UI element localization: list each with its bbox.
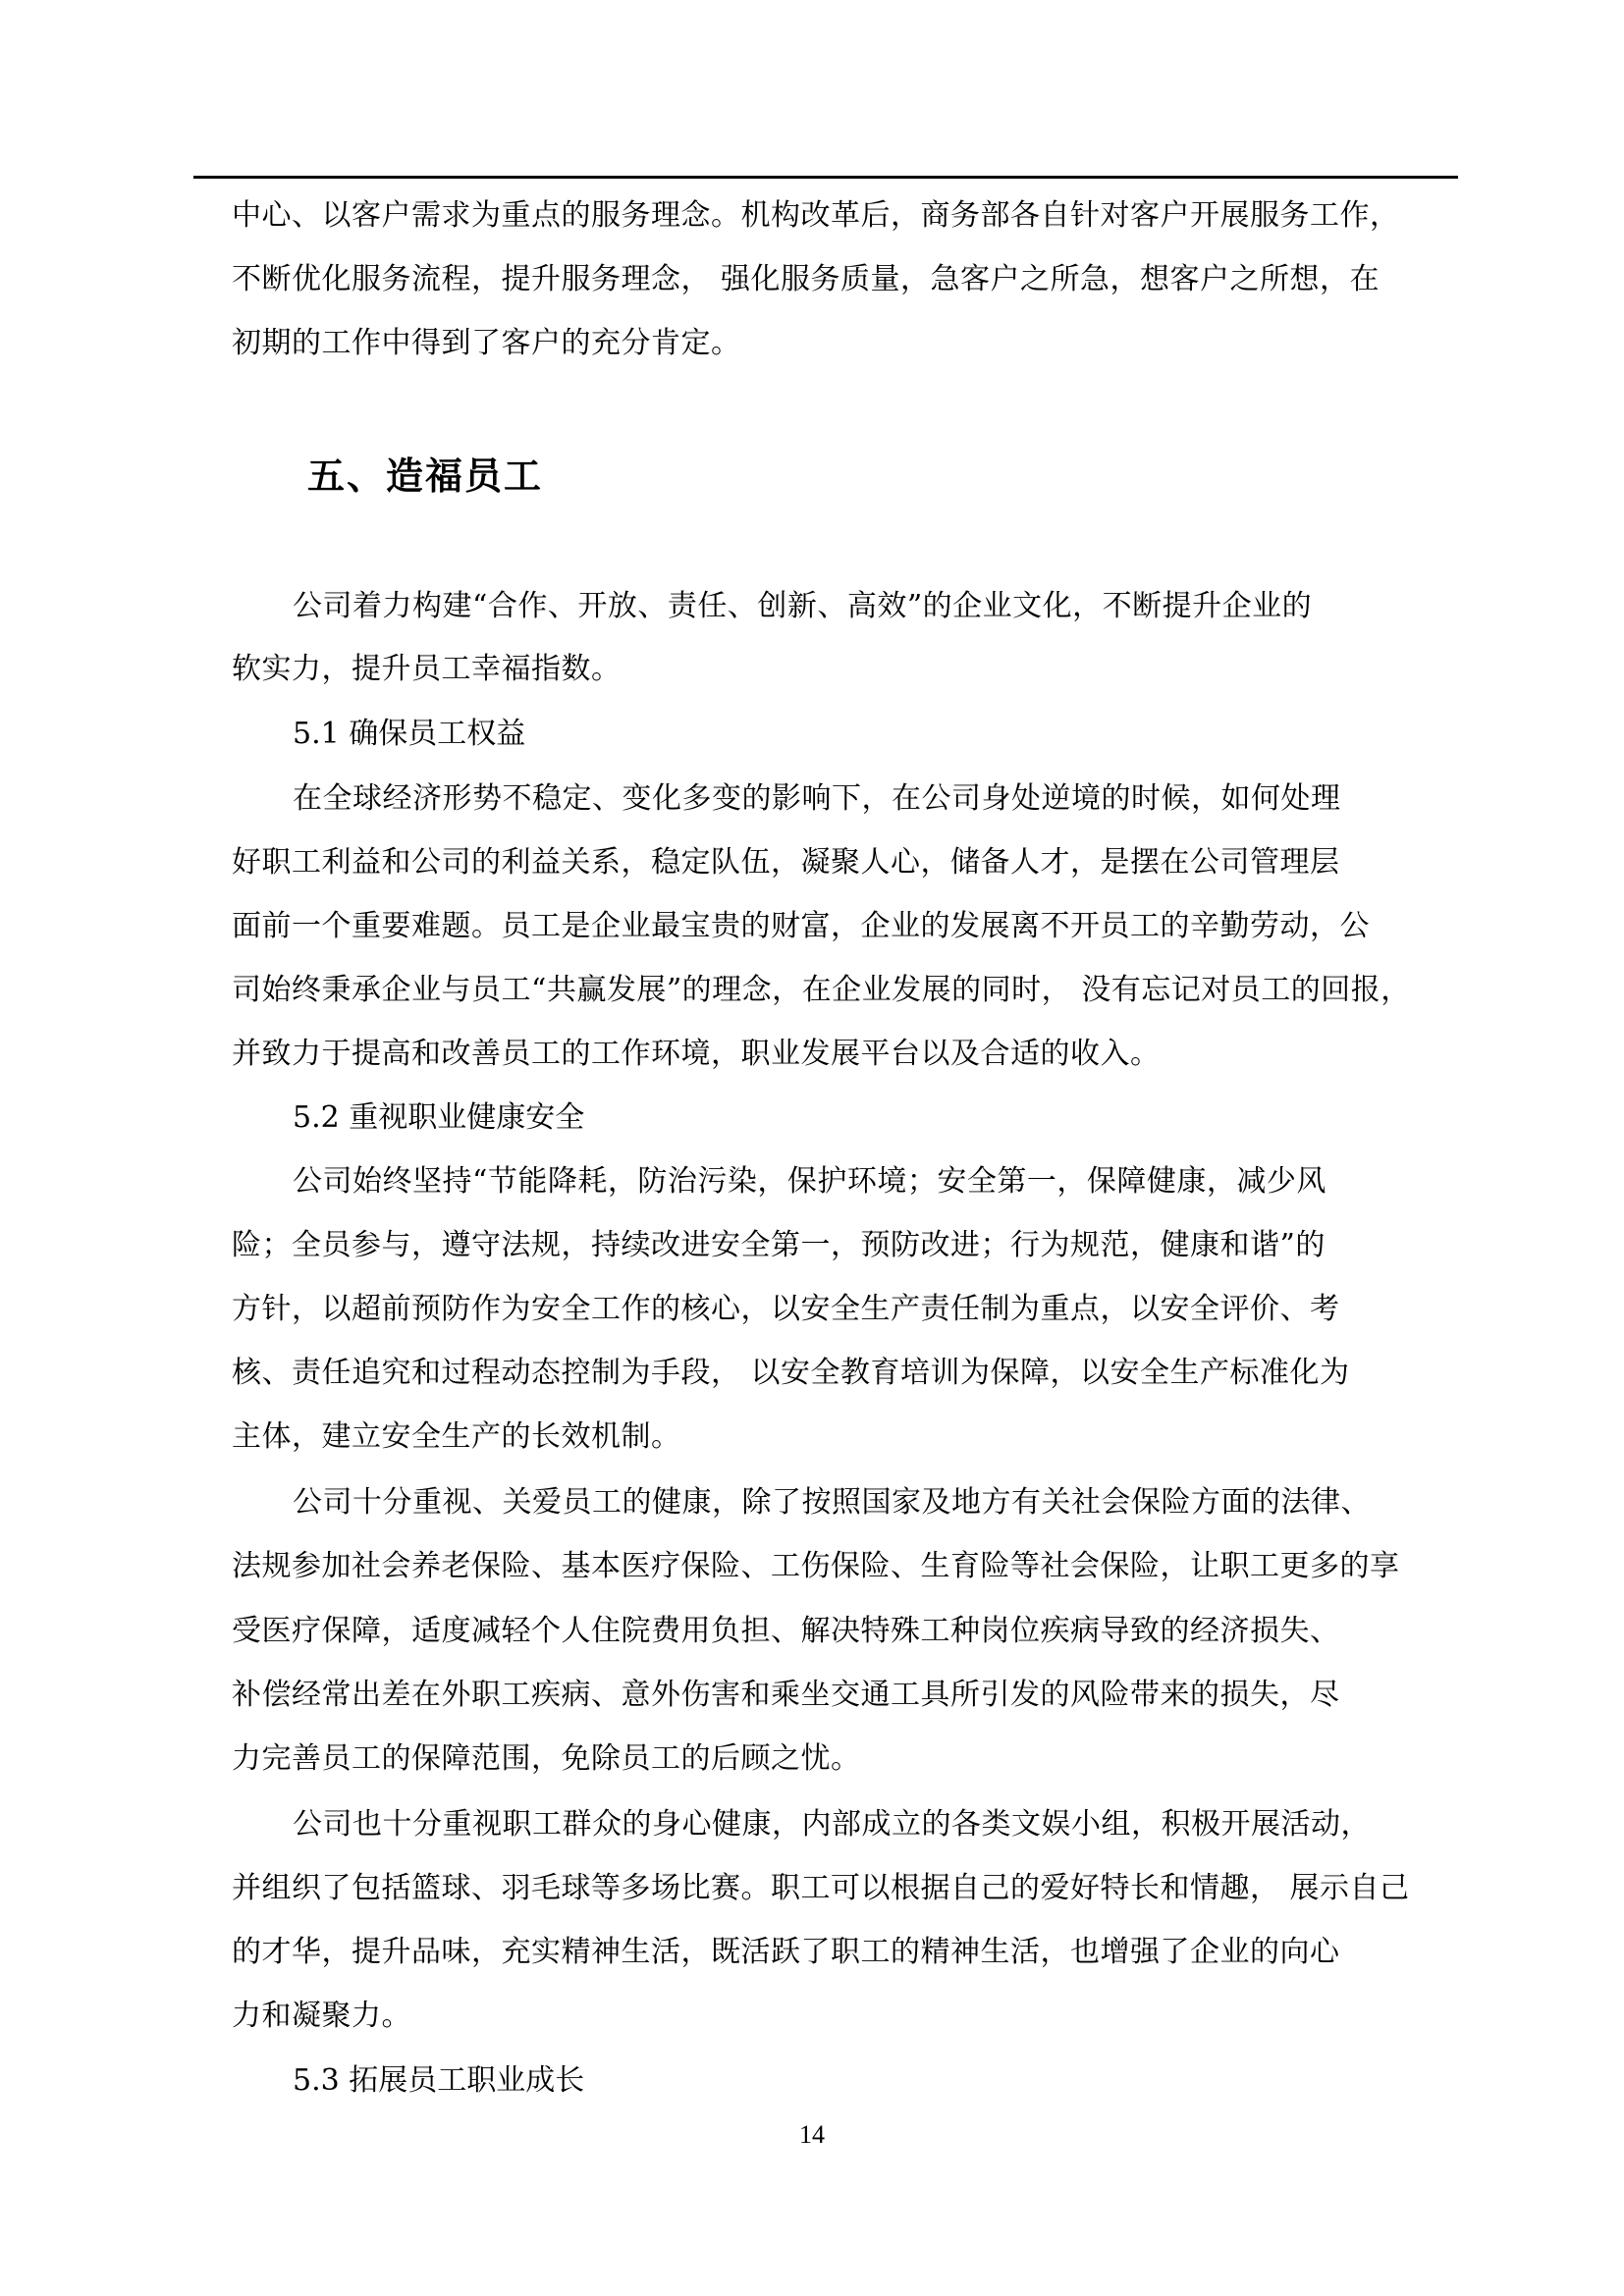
subsection-heading-5-3: 5.3 拓展员工职业成长	[293, 2059, 584, 2103]
paragraph-line: 受医疗保障，适度减轻个人住院费用负担、解决特殊工种岗位疾病导致的经济损失、	[232, 1610, 1459, 1653]
paragraph-line: 公司着力构建“合作、开放、责任、创新、高效”的企业文化，不断提升企业的	[293, 585, 1520, 628]
section-heading: 五、造福员工	[307, 452, 543, 501]
paragraph-line: 力和凝聚力。	[232, 1995, 1459, 2038]
paragraph-line: 主体，建立安全生产的长效机制。	[232, 1415, 1459, 1459]
paragraph-line: 力完善员工的保障范围，免除员工的后顾之忧。	[232, 1737, 1459, 1781]
paragraph-line: 法规参加社会养老保险、基本医疗保险、工伤保险、生育险等社会保险，让职工更多的享	[232, 1545, 1459, 1588]
paragraph-line: 中心、以客户需求为重点的服务理念。机构改革后，商务部各自针对客户开展服务工作，	[232, 194, 1459, 238]
paragraph-line: 公司始终坚持“节能降耗，防治污染，保护环境；安全第一，保障健康，减少风	[293, 1160, 1520, 1203]
page-number: 14	[0, 2120, 1624, 2150]
paragraph-line: 初期的工作中得到了客户的充分肯定。	[232, 322, 1459, 365]
paragraph-line: 司始终秉承企业与员工“共赢发展”的理念，在企业发展的同时， 没有忘记对员工的回报…	[232, 969, 1459, 1012]
paragraph-line: 方针，以超前预防作为安全工作的核心，以安全生产责任制为重点，以安全评价、考	[232, 1288, 1459, 1331]
paragraph-line: 补偿经常出差在外职工疾病、意外伤害和乘坐交通工具所引发的风险带来的损失，尽	[232, 1674, 1459, 1717]
paragraph-line: 险；全员参与，遵守法规，持续改进安全第一，预防改进；行为规范，健康和谐”的	[232, 1224, 1459, 1267]
paragraph-line: 好职工利益和公司的利益关系，稳定队伍，凝聚人心，储备人才，是摆在公司管理层	[232, 841, 1459, 884]
subsection-heading-5-2: 5.2 重视职业健康安全	[293, 1096, 584, 1140]
paragraph-line: 不断优化服务流程，提升服务理念， 强化服务质量，急客户之所急，想客户之所想，在	[232, 258, 1459, 301]
paragraph-line: 面前一个重要难题。员工是企业最宝贵的财富，企业的发展离不开员工的辛勤劳动，公	[232, 905, 1459, 948]
paragraph-line: 的才华，提升品味，充实精神生活，既活跃了职工的精神生活，也增强了企业的向心	[232, 1931, 1459, 1974]
header-rule	[193, 176, 1458, 179]
paragraph-line: 并组织了包括篮球、羽毛球等多场比赛。职工可以根据自己的爱好特长和情趣， 展示自己	[232, 1867, 1459, 1910]
document-page: 中心、以客户需求为重点的服务理念。机构改革后，商务部各自针对客户开展服务工作， …	[0, 0, 1624, 2296]
paragraph-line: 并致力于提高和改善员工的工作环境，职业发展平台以及合适的收入。	[232, 1033, 1459, 1076]
paragraph-line: 公司十分重视、关爱员工的健康，除了按照国家及地方有关社会保险方面的法律、	[293, 1481, 1520, 1524]
paragraph-line: 在全球经济形势不稳定、变化多变的影响下，在公司身处逆境的时候，如何处理	[293, 777, 1520, 821]
subsection-heading-5-1: 5.1 确保员工权益	[293, 713, 525, 756]
paragraph-line: 核、责任追究和过程动态控制为手段， 以安全教育培训为保障，以安全生产标准化为	[232, 1352, 1459, 1395]
paragraph-line: 公司也十分重视职工群众的身心健康，内部成立的各类文娱小组，积极开展活动，	[293, 1803, 1520, 1846]
paragraph-line: 软实力，提升员工幸福指数。	[232, 648, 1459, 691]
